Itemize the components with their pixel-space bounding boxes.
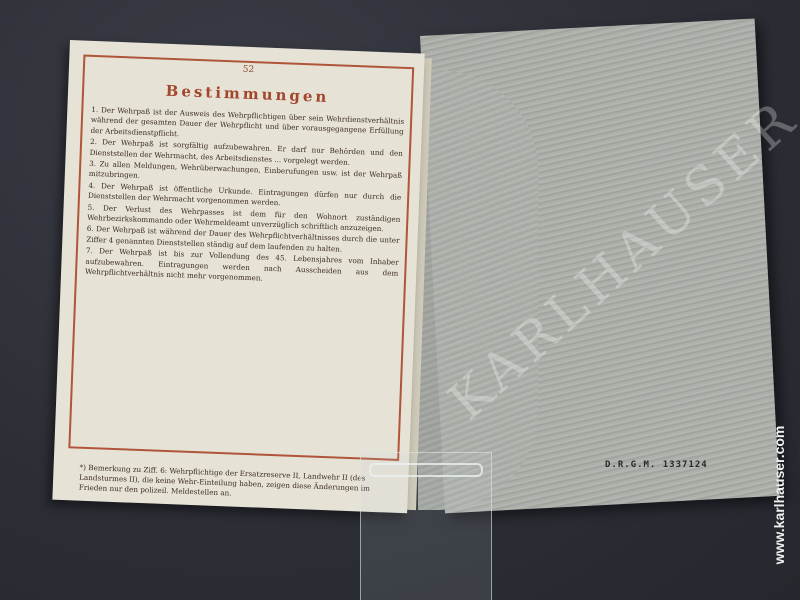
footnote: *) Bemerkung zu Ziff. 6: Wehrpflichtige … xyxy=(79,463,391,505)
drgm-stamp: D.R.G.M. 1337124 xyxy=(605,460,708,470)
regulations-page: 52 Bestimmungen 1. Der Wehrpaß ist der A… xyxy=(52,40,424,513)
site-watermark: www.karlhauser.com xyxy=(764,395,794,595)
page-title: Bestimmungen xyxy=(84,79,411,110)
cover-flap xyxy=(418,70,538,510)
regulations-text: 1. Der Wehrpaß ist der Ausweis des Wehrp… xyxy=(85,105,404,290)
stand-slot xyxy=(369,463,483,477)
site-url: www.karlhauser.com xyxy=(771,426,787,565)
acrylic-stand xyxy=(360,452,492,600)
page-border: 52 Bestimmungen 1. Der Wehrpaß ist der A… xyxy=(68,55,414,461)
page-number: 52 xyxy=(85,59,412,82)
